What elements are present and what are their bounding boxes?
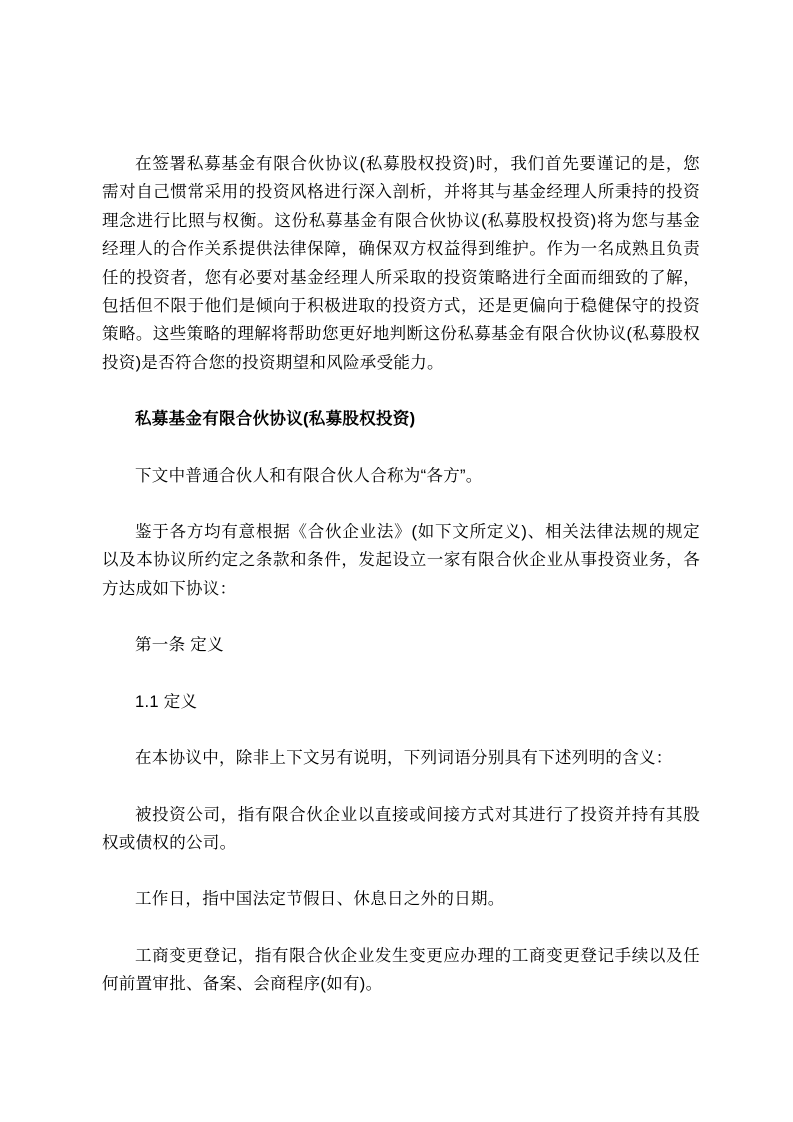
whereas-paragraph: 鉴于各方均有意根据《合伙企业法》(如下文所定义)、相关法律法规的规定以及本协议所…: [102, 518, 700, 603]
definitions-intro-paragraph: 在本协议中，除非上下文另有说明，下列词语分别具有下述列明的含义：: [102, 744, 700, 772]
definition-investee-company: 被投资公司，指有限合伙企业以直接或间接方式对其进行了投资并持有其股权或债权的公司…: [102, 801, 700, 858]
definition-working-day: 工作日，指中国法定节假日、休息日之外的日期。: [102, 885, 700, 913]
document-body: 在签署私募基金有限合伙协议(私募股权投资)时，我们首先要谨记的是，您需对自己惯常…: [102, 150, 700, 999]
document-page: 在签署私募基金有限合伙协议(私募股权投资)时，我们首先要谨记的是，您需对自己惯常…: [0, 0, 793, 1122]
definition-business-registration-change: 工商变更登记，指有限合伙企业发生变更应办理的工商变更登记手续以及任何前置审批、备…: [102, 942, 700, 999]
agreement-title: 私募基金有限合伙协议(私募股权投资): [102, 405, 700, 433]
parties-note-paragraph: 下文中普通合伙人和有限合伙人合称为“各方”。: [102, 462, 700, 490]
article-1-heading: 第一条 定义: [102, 631, 700, 659]
section-1-1-heading: 1.1 定义: [102, 688, 700, 716]
intro-paragraph: 在签署私募基金有限合伙协议(私募股权投资)时，我们首先要谨记的是，您需对自己惯常…: [102, 150, 700, 377]
